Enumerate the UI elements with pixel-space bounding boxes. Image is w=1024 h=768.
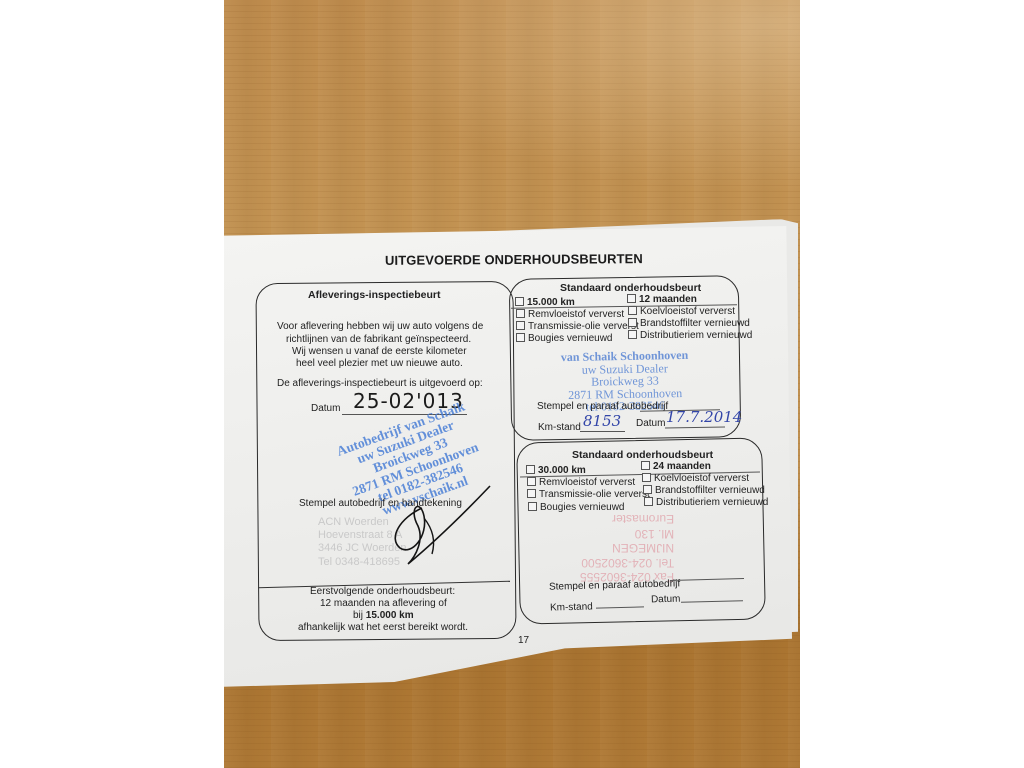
service-1-check[interactable]: Bougies vernieuwd xyxy=(516,333,613,344)
checkbox[interactable] xyxy=(516,309,525,318)
check-label: Remvloeistof ververst xyxy=(539,477,635,488)
faded-stamp-line: NIJMEGEN xyxy=(580,541,674,555)
check-label: Brandstoffilter vernieuwd xyxy=(655,485,765,496)
intro-line: Wij wensen u vanaf de eerste kilometer xyxy=(292,346,467,357)
service-2-check[interactable]: Transmissie-olie ververst xyxy=(527,489,650,500)
km-option-label: 15.000 km xyxy=(527,297,575,308)
km-option-label: 30.000 km xyxy=(538,465,586,476)
checkbox[interactable] xyxy=(641,461,650,470)
service-2-heading: Standaard onderhoudsbeurt xyxy=(572,449,713,461)
checkbox[interactable] xyxy=(643,485,652,494)
performed-on-label: De afleverings-inspectiebeurt is uitgevo… xyxy=(277,378,483,389)
faded-stamp-line: Tel. 024-3602500 xyxy=(580,555,674,569)
service-2-check[interactable]: Brandstoffilter vernieuwd xyxy=(643,485,765,496)
service-1-check[interactable]: Brandstoffilter vernieuwd xyxy=(628,318,750,329)
checkbox[interactable] xyxy=(527,489,536,498)
service-1-check[interactable]: Transmissie-olie ververst xyxy=(516,321,639,332)
service-1-km-label: Km-stand xyxy=(538,422,581,433)
service-1-check[interactable]: Koelvloeistof ververst xyxy=(628,306,735,317)
service-2-km-option[interactable]: 30.000 km xyxy=(526,465,586,476)
checkbox[interactable] xyxy=(515,297,524,306)
handwritten-signature xyxy=(380,478,500,568)
checkbox[interactable] xyxy=(526,465,535,474)
faded-stamp-line: Euromaster xyxy=(580,512,674,526)
checkbox[interactable] xyxy=(642,473,651,482)
next-service-line: 12 maanden na aflevering of xyxy=(320,598,447,609)
intro-line: richtlijnen van de fabrikant geïnspectee… xyxy=(286,334,471,345)
handwritten-service-date: 17.7.2014 xyxy=(666,408,742,426)
delivery-inspection-heading: Afleverings-inspectiebeurt xyxy=(308,289,440,301)
check-label: Remvloeistof ververst xyxy=(528,309,624,320)
check-label: Distributieriem vernieuwd xyxy=(656,497,768,508)
months-option-label: 12 maanden xyxy=(639,294,697,305)
service-2-months-option[interactable]: 24 maanden xyxy=(641,461,711,472)
next-service-prefix: bij xyxy=(353,610,363,621)
checkbox[interactable] xyxy=(527,477,536,486)
light-reflection xyxy=(224,0,800,240)
faded-stamp-line: Ml. 130 xyxy=(580,526,674,540)
checkbox[interactable] xyxy=(628,318,637,327)
handwritten-km-value: 8153 xyxy=(583,412,621,430)
checkbox[interactable] xyxy=(627,294,636,303)
faded-red-stamp: Fax 024-3602555 Tel. 024-3602500 NIJMEGE… xyxy=(580,512,674,584)
service-2-date-label: Datum xyxy=(651,594,681,606)
service-1-check[interactable]: Remvloeistof ververst xyxy=(516,309,624,320)
next-service-line: afhankelijk wat het eerst bereikt wordt. xyxy=(298,622,468,633)
service-1-heading: Standaard onderhoudsbeurt xyxy=(560,282,701,294)
checkbox[interactable] xyxy=(528,502,537,511)
intro-line: heel veel plezier met uw nieuwe auto. xyxy=(296,358,463,369)
checkbox[interactable] xyxy=(516,333,525,342)
page-number: 17 xyxy=(518,635,529,646)
service-2-check[interactable]: Distributieriem vernieuwd xyxy=(644,497,768,508)
check-label: Koelvloeistof ververst xyxy=(640,306,735,317)
check-label: Koelvloeistof ververst xyxy=(654,473,749,484)
check-label: Bougies vernieuwd xyxy=(528,333,613,344)
checkbox[interactable] xyxy=(516,321,525,330)
next-service-km: 15.000 km xyxy=(366,610,414,621)
service-1-km-option[interactable]: 15.000 km xyxy=(515,297,575,308)
service-1-check[interactable]: Distributieriem vernieuwd xyxy=(628,330,752,341)
check-label: Brandstoffilter vernieuwd xyxy=(640,318,750,329)
check-label: Transmissie-olie ververst xyxy=(528,321,639,332)
check-label: Transmissie-olie ververst xyxy=(539,489,650,500)
intro-line: Voor aflevering hebben wij uw auto volge… xyxy=(277,321,483,332)
service-1-date-label: Datum xyxy=(636,418,665,429)
check-label: Distributieriem vernieuwd xyxy=(640,330,752,341)
checkbox[interactable] xyxy=(628,306,637,315)
service-2-km-label: Km-stand xyxy=(550,601,593,613)
service-2-check[interactable]: Koelvloeistof ververst xyxy=(642,473,749,484)
next-service-line: Eerstvolgende onderhoudsbeurt: xyxy=(310,586,455,597)
date-label: Datum xyxy=(311,403,340,414)
page-title: UITGEVOERDE ONDERHOUDSBEURTEN xyxy=(385,251,643,268)
checkbox[interactable] xyxy=(628,330,637,339)
next-service-line: bij 15.000 km xyxy=(353,610,414,621)
km-line xyxy=(580,431,625,432)
service-1-months-option[interactable]: 12 maanden xyxy=(627,294,697,305)
months-option-label: 24 maanden xyxy=(653,461,711,472)
service-2-check[interactable]: Remvloeistof ververst xyxy=(527,477,635,488)
checkbox[interactable] xyxy=(644,497,653,506)
